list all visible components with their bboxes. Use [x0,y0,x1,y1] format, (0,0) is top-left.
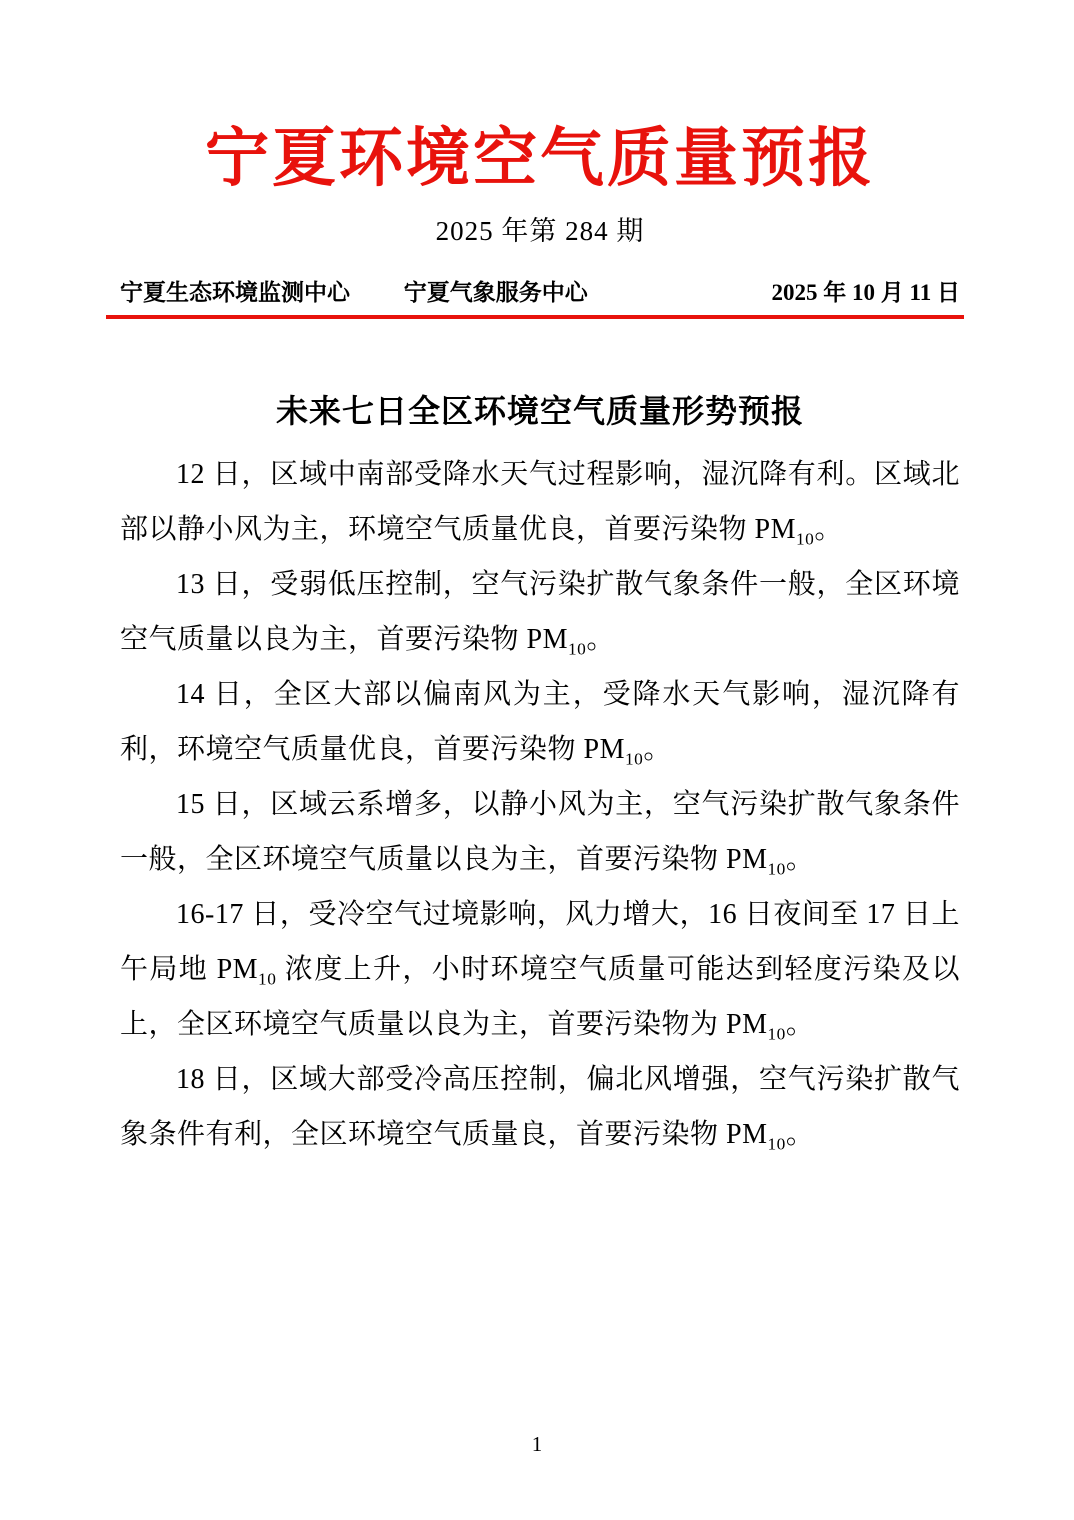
page-number: 1 [0,1432,1074,1456]
red-divider-rule [106,315,964,319]
issue-number: 2025 年第 284 期 [120,212,960,250]
document-page: 宁夏环境空气质量预报 2025 年第 284 期 宁夏生态环境监测中心 宁夏气象… [0,0,1074,1520]
issuer-meteorological-center: 宁夏气象服务中心 [404,278,588,308]
forecast-paragraph-day12: 12 日，区域中南部受降水天气过程影响，湿沉降有利。区域北部以静小风为主，环境空… [120,447,960,557]
issue-date: 2025 年 10 月 11 日 [772,278,960,308]
document-body: 未来七日全区环境空气质量形势预报 12 日，区域中南部受降水天气过程影响，湿沉降… [120,391,960,1162]
forecast-paragraph-day16-17: 16-17 日，受冷空气过境影响，风力增大，16 日夜间至 17 日上午局地 P… [120,887,960,1052]
forecast-paragraph-day15: 15 日，区域云系增多，以静小风为主，空气污染扩散气象条件一般，全区环境空气质量… [120,777,960,887]
issuer-monitoring-center: 宁夏生态环境监测中心 [120,278,350,308]
forecast-paragraph-day14: 14 日，全区大部以偏南风为主，受降水天气影响，湿沉降有利，环境空气质量优良，首… [120,667,960,777]
forecast-paragraph-day13: 13 日，受弱低压控制，空气污染扩散气象条件一般，全区环境空气质量以良为主，首要… [120,557,960,667]
forecast-paragraph-day18: 18 日，区域大部受冷高压控制，偏北风增强，空气污染扩散气象条件有利，全区环境空… [120,1052,960,1162]
forecast-text: 12 日，区域中南部受降水天气过程影响，湿沉降有利。区域北部以静小风为主，环境空… [120,447,960,1162]
document-title: 宁夏环境空气质量预报 [120,124,960,194]
issuers-row: 宁夏生态环境监测中心 宁夏气象服务中心 2025 年 10 月 11 日 [120,278,960,308]
section-title: 未来七日全区环境空气质量形势预报 [120,391,960,431]
document-header: 宁夏环境空气质量预报 2025 年第 284 期 宁夏生态环境监测中心 宁夏气象… [120,124,960,319]
